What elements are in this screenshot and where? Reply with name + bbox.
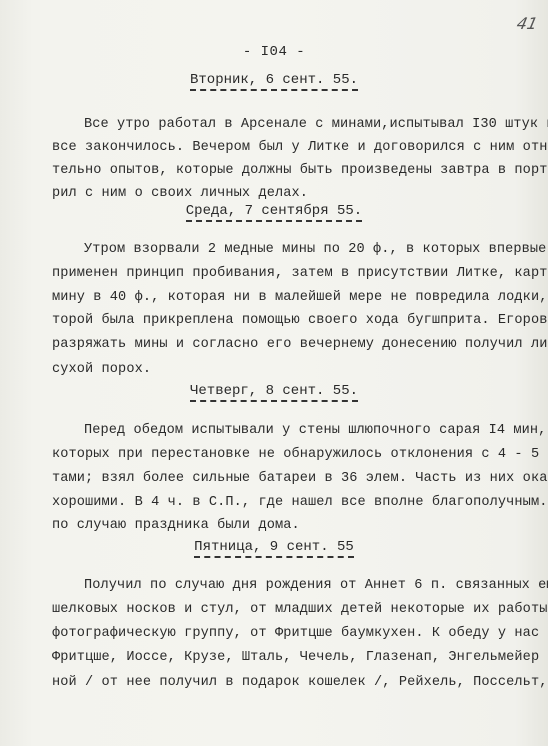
text-line: торой была прикреплена помощью своего хо…: [52, 313, 548, 328]
text-line: фотографическую группу, от Фритцше баумк…: [52, 626, 548, 641]
text-line: Утром взорвали 2 медные мины по 20 ф., в…: [84, 242, 548, 257]
text-line: Фритцше, Иоссе, Крузе, Шталь, Чечель, Гл…: [52, 650, 548, 665]
text-line: шелковых носков и стул, от младших детей…: [52, 602, 548, 617]
text-line: которых при перестановке не обнаружилось…: [52, 447, 548, 462]
page-number: - I04 -: [0, 44, 548, 60]
entry-heading: Пятница, 9 сент. 55: [0, 539, 548, 558]
text-line: сухой порох.: [52, 362, 151, 377]
text-line: применен принцип пробивания, затем в при…: [52, 266, 548, 281]
text-line: разряжать мины и согласно его вечернему …: [52, 337, 548, 352]
entry-heading: Вторник, 6 сент. 55.: [0, 72, 548, 91]
text-line: мину в 40 ф., которая ни в малейшей мере…: [52, 290, 548, 305]
text-line: рил с ним о своих личных делах.: [52, 186, 308, 201]
text-line: Получил по случаю дня рождения от Аннет …: [84, 578, 548, 593]
text-line: тельно опытов, которые должны быть произ…: [52, 163, 548, 178]
text-line: Перед обедом испытывали у стены шлюпочно…: [84, 423, 548, 438]
text-line: по случаю праздника были дома.: [52, 518, 300, 533]
text-line: тами; взял более сильные батареи в 36 эл…: [52, 471, 548, 486]
entry-heading: Четверг, 8 сент. 55.: [0, 383, 548, 402]
entry-heading: Среда, 7 сентября 55.: [0, 203, 548, 222]
text-line: ной / от нее получил в подарок кошелек /…: [52, 675, 547, 690]
text-line: Все утро работал в Арсенале с минами,исп…: [84, 117, 548, 132]
typewritten-page: 41 - I04 - Вторник, 6 сент. 55. Все утро…: [0, 0, 548, 746]
text-line: хорошими. В 4 ч. в С.П., где нашел все в…: [52, 495, 548, 510]
text-line: все закончилось. Вечером был у Литке и д…: [52, 140, 548, 155]
folio-number: 41: [515, 14, 539, 33]
